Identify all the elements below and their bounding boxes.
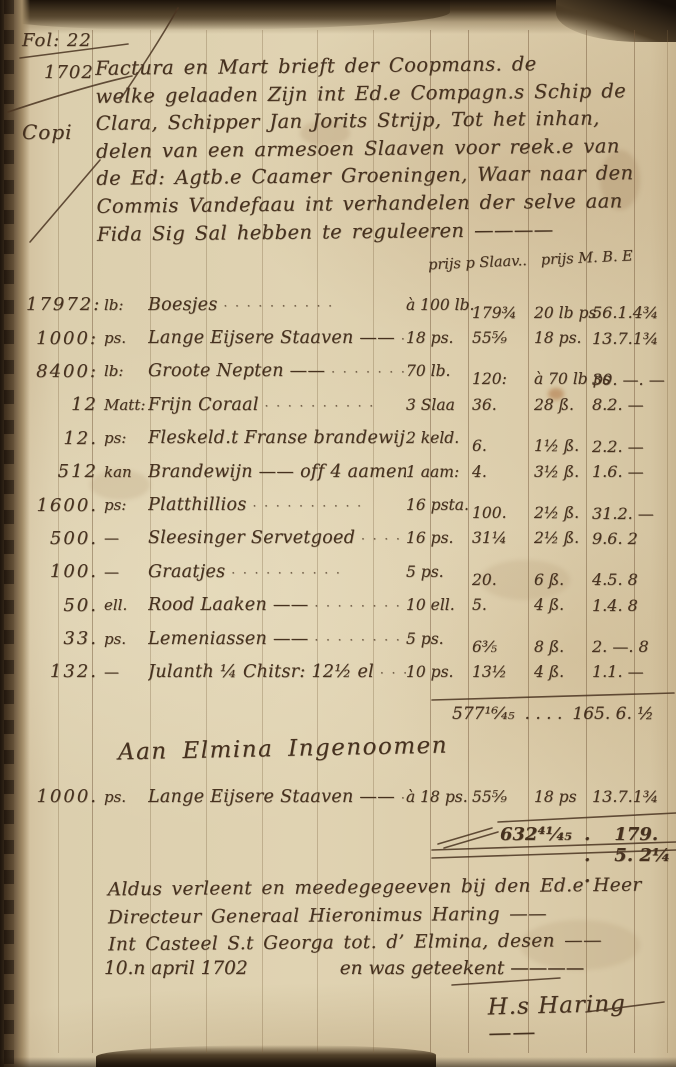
table-row: 132. — Julanth ¼ Chitsr: 12½ el 10 ps. 1… (26, 655, 672, 688)
row-per-slave-qty: 18 ps. (406, 329, 472, 347)
row-rate: 2½ ß. (534, 529, 592, 547)
row-rate: 18 ps (534, 788, 592, 806)
row-rate: 2½ ß. (534, 504, 592, 522)
table-row: 100. — Graatjes 5 ps. 20. 6 ß. 4.5. 8 (26, 555, 672, 588)
row-slave-value: 20. (472, 571, 534, 589)
page-corner-shadow (556, 0, 676, 42)
subtotal-dots: . . . . (525, 704, 563, 724)
row-description: Lemeniassen —— (148, 629, 406, 649)
row-per-slave-qty: 70 lb. (406, 362, 472, 380)
page-top-edge (0, 0, 676, 34)
row-per-slave-qty: 10 ps. (406, 663, 472, 681)
table-row: 8400: lb: Groote Nepten —— 70 lb. 120: à… (26, 355, 672, 388)
row-unit: ps: (102, 429, 148, 447)
row-rate: 28 ß. (534, 396, 592, 414)
row-description: Julanth ¼ Chitsr: 12½ el (148, 662, 406, 682)
row-amount: 31.2. — (592, 504, 672, 523)
row-description: Graatjes (148, 562, 406, 582)
row-unit: — (102, 563, 148, 581)
row-unit: ps. (102, 788, 148, 806)
row-rate: 1½ ß. (534, 437, 592, 455)
elmina-row-wrap: 1000. ps. Lange Eijsere Staaven —— à 18 … (26, 780, 672, 813)
page-bottom-edge (96, 1045, 436, 1067)
row-description: Boesjes (148, 295, 406, 315)
copy-label: Copi (22, 120, 73, 144)
row-description: Sleesinger Servetgoed (148, 528, 406, 548)
page-bottom-shadow (0, 1057, 676, 1067)
row-description: Rood Laaken —— (148, 595, 406, 615)
heading-line: Commis Vandefaau int verhandelen der sel… (96, 187, 641, 220)
attestation-block: Aldus verleent en meedegegeeven bij den … (108, 872, 649, 959)
row-amount: 56.1.4¾ (592, 303, 672, 322)
row-description: Brandewijn —— off 4 aamen —— (148, 462, 406, 482)
row-description: Lange Eijsere Staaven —— (148, 787, 406, 807)
invoice-heading: Factura en Mart brieft der Coopmans. dew… (95, 49, 642, 248)
row-quantity: 1000: (26, 328, 102, 349)
row-quantity: 50. (26, 595, 102, 616)
row-per-slave-qty: 5 ps. (406, 563, 472, 581)
row-rate: 4 ß. (534, 596, 592, 614)
row-slave-value: 13½ (472, 663, 534, 681)
row-amount: 30. —. — (592, 370, 672, 389)
row-slave-value: 100. (472, 504, 534, 522)
heading-line: Fida Sig Sal hebben te reguleeren ———— (97, 215, 642, 248)
row-per-slave-qty: 16 psta. (406, 496, 472, 514)
row-quantity: 8400: (26, 361, 102, 382)
subtotal-amount: 165. 6. ½ (572, 704, 653, 724)
row-rate: 18 ps. (534, 329, 592, 347)
table-row: 12 Matt: Frijn Coraal 3 Slaa 36. 28 ß. 8… (26, 388, 672, 421)
table-row: 33. ps. Lemeniassen —— 5 ps. 6⅗ 8 ß. 2. … (26, 622, 672, 655)
row-quantity: 12. (26, 428, 102, 449)
row-quantity: 500. (26, 528, 102, 549)
row-description: Frijn Coraal (148, 395, 406, 415)
table-row: 1000: ps. Lange Eijsere Staaven —— 18 ps… (26, 321, 672, 354)
row-quantity: 512 (26, 461, 102, 482)
table-row: 512 kan Brandewijn —— off 4 aamen —— 1 a… (26, 455, 672, 488)
row-description: Groote Nepten —— (148, 361, 406, 381)
subtotal-line: 577¹⁶⁄₄₅ . . . . 165. 6. ½ (452, 704, 654, 724)
row-unit: Matt: (102, 396, 148, 414)
row-amount: 1.1. — (592, 662, 672, 681)
table-row-elmina: 1000. ps. Lange Eijsere Staaven —— à 18 … (26, 780, 672, 813)
row-slave-value: 4. (472, 463, 534, 481)
row-unit: ps. (102, 630, 148, 648)
row-slave-value: 6. (472, 437, 534, 455)
document-date: 10.n april 1702 (104, 958, 248, 979)
row-slave-value: 6⅗ (472, 638, 534, 656)
row-amount: 13.7.1¾ (592, 787, 672, 806)
date-row: 10.n april 1702 en was geteekent ———— (104, 958, 644, 979)
row-quantity: 17972: (26, 294, 102, 315)
attestation-line: Aldus verleent en meedegegeeven bij den … (108, 872, 648, 904)
row-unit: — (102, 529, 148, 547)
binding-texture (4, 0, 14, 1067)
row-description: Platthillios (148, 495, 406, 515)
row-unit: lb: (102, 296, 148, 314)
row-amount: 4.5. 8 (592, 570, 672, 589)
row-amount: 1.6. — (592, 462, 672, 481)
row-rate: 6 ß. (534, 571, 592, 589)
row-rate: 8 ß. (534, 638, 592, 656)
row-unit: lb: (102, 362, 148, 380)
row-quantity: 1600. (26, 495, 102, 516)
row-amount: 13.7.1¾ (592, 329, 672, 348)
elmina-section-title: Aan Elmina Ingenoomen (118, 733, 449, 766)
row-unit: kan (102, 463, 148, 481)
row-rate: 4 ß. (534, 663, 592, 681)
row-per-slave-qty: 2 keld. (406, 429, 472, 447)
row-quantity: 33. (26, 628, 102, 649)
row-amount: 1.4. 8 (592, 596, 672, 615)
row-unit: — (102, 663, 148, 681)
row-per-slave-qty: 3 Slaa (406, 396, 472, 414)
attestation-line: Int Casteel S.t Georga tot. d’ Elmina, d… (108, 927, 648, 959)
row-unit: ps: (102, 496, 148, 514)
row-amount: 9.6. 2 (592, 529, 672, 548)
row-rate: 3½ ß. (534, 463, 592, 481)
row-amount: 8.2. — (592, 395, 672, 414)
row-unit: ps. (102, 329, 148, 347)
row-per-slave-qty: 1 aam: (406, 463, 472, 481)
row-per-slave-qty: 5 ps. (406, 630, 472, 648)
row-slave-value: 120: (472, 370, 534, 388)
manuscript-page: Fol: 22 1702 Copi Factura en Mart brieft… (0, 0, 676, 1067)
table-column-headers: prijs p Slaav.. prijs M. B. E (428, 247, 674, 274)
row-unit: ell. (102, 596, 148, 614)
row-amount: 2.2. — (592, 437, 672, 456)
table-row: 1600. ps: Platthillios 16 psta. 100. 2½ … (26, 488, 672, 521)
row-rate: 20 lb ps (534, 304, 592, 322)
table-row: 50. ell. Rood Laaken —— 10 ell. 5. 4 ß. … (26, 589, 672, 622)
table-row: 12. ps: Fleskeld.t Franse brandewijn — 2… (26, 422, 672, 455)
folio-number: Fol: 22 (22, 30, 92, 51)
row-quantity: 1000. (26, 786, 102, 807)
row-quantity: 100. (26, 561, 102, 582)
subtotal-slaves: 577¹⁶⁄₄₅ (452, 704, 515, 724)
row-slave-value: 55⁵⁄₉ (472, 788, 534, 806)
cargo-table: 17972: lb: Boesjes à 100 lb. 179¾ 20 lb … (26, 288, 672, 689)
row-quantity: 12 (26, 394, 102, 415)
column-price-mbe: prijs M. B. E (541, 248, 634, 268)
signature-haring: H.s Haring —— (487, 990, 676, 1047)
row-slave-value: 5. (472, 596, 534, 614)
row-rate: à 70 lb ps (534, 370, 592, 388)
row-quantity: 132. (26, 661, 102, 682)
row-per-slave-qty: à 18 ps. (406, 788, 472, 806)
signed-note: en was geteekent ———— (340, 958, 585, 979)
page-top-tatter (0, 0, 450, 30)
column-price-per-slave: prijs p Slaav.. (428, 253, 527, 273)
row-per-slave-qty: 16 ps. (406, 529, 472, 547)
row-slave-value: 55⁵⁄₉ (472, 329, 534, 347)
row-description: Lange Eijsere Staaven —— (148, 328, 406, 348)
row-slave-value: 36. (472, 396, 534, 414)
row-amount: 2. —. 8 (592, 637, 672, 656)
table-row: 500. — Sleesinger Servetgoed 16 ps. 31¼ … (26, 522, 672, 555)
row-per-slave-qty: à 100 lb. (406, 296, 472, 314)
row-description: Fleskeld.t Franse brandewijn — (148, 428, 406, 448)
row-slave-value: 179¾ (472, 304, 534, 322)
row-per-slave-qty: 10 ell. (406, 596, 472, 614)
folio-year: 1702 (44, 62, 94, 83)
row-slave-value: 31¼ (472, 529, 534, 547)
table-row: 17972: lb: Boesjes à 100 lb. 179¾ 20 lb … (26, 288, 672, 321)
